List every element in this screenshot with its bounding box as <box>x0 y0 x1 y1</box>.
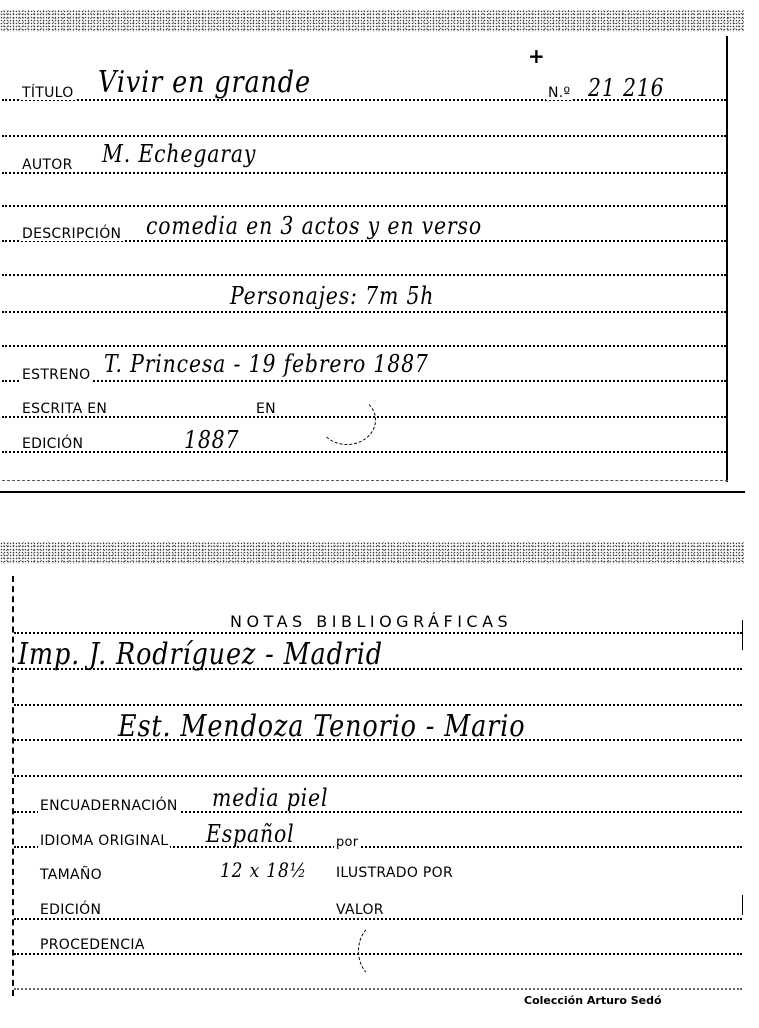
card-right-border <box>742 895 743 915</box>
idioma-original-label: IDIOMA ORIGINAL <box>38 834 170 848</box>
card-left-border <box>12 576 14 996</box>
encuadernacion-label: ENCUADERNACIÓN <box>38 799 180 813</box>
catalog-card-back: NOTAS BIBLIOGRÁFICAS Imp. J. Rodríguez -… <box>0 0 759 488</box>
rule-line <box>14 704 742 706</box>
rule-line <box>14 918 742 920</box>
note-line-2: Est. Mendoza Tenorio - Mario <box>118 712 525 742</box>
procedencia-label: PROCEDENCIA <box>38 938 147 952</box>
tamano-label: TAMAÑO <box>38 868 104 882</box>
encuadernacion-value: media piel <box>212 786 328 810</box>
note-line-1: Imp. J. Rodríguez - Madrid <box>18 640 383 670</box>
rule-line <box>14 632 742 634</box>
scan-noise-border <box>0 542 744 564</box>
valor-label: VALOR <box>334 903 386 917</box>
section-title: NOTAS BIBLIOGRÁFICAS <box>230 612 512 631</box>
card-right-border <box>742 620 743 650</box>
collection-footer: Colección Arturo Sedó <box>524 994 662 1007</box>
idioma-original-value: Español <box>206 822 294 846</box>
rule-line <box>14 988 742 990</box>
rule-line <box>14 775 742 777</box>
por-label: por <box>334 836 360 849</box>
faded-stamp <box>358 922 404 980</box>
card-separator <box>0 491 745 493</box>
ilustrado-por-label: ILUSTRADO POR <box>334 866 455 880</box>
tamano-value: 12 x 18½ <box>220 860 307 880</box>
edicion-label-bottom: EDICIÓN <box>38 903 103 917</box>
